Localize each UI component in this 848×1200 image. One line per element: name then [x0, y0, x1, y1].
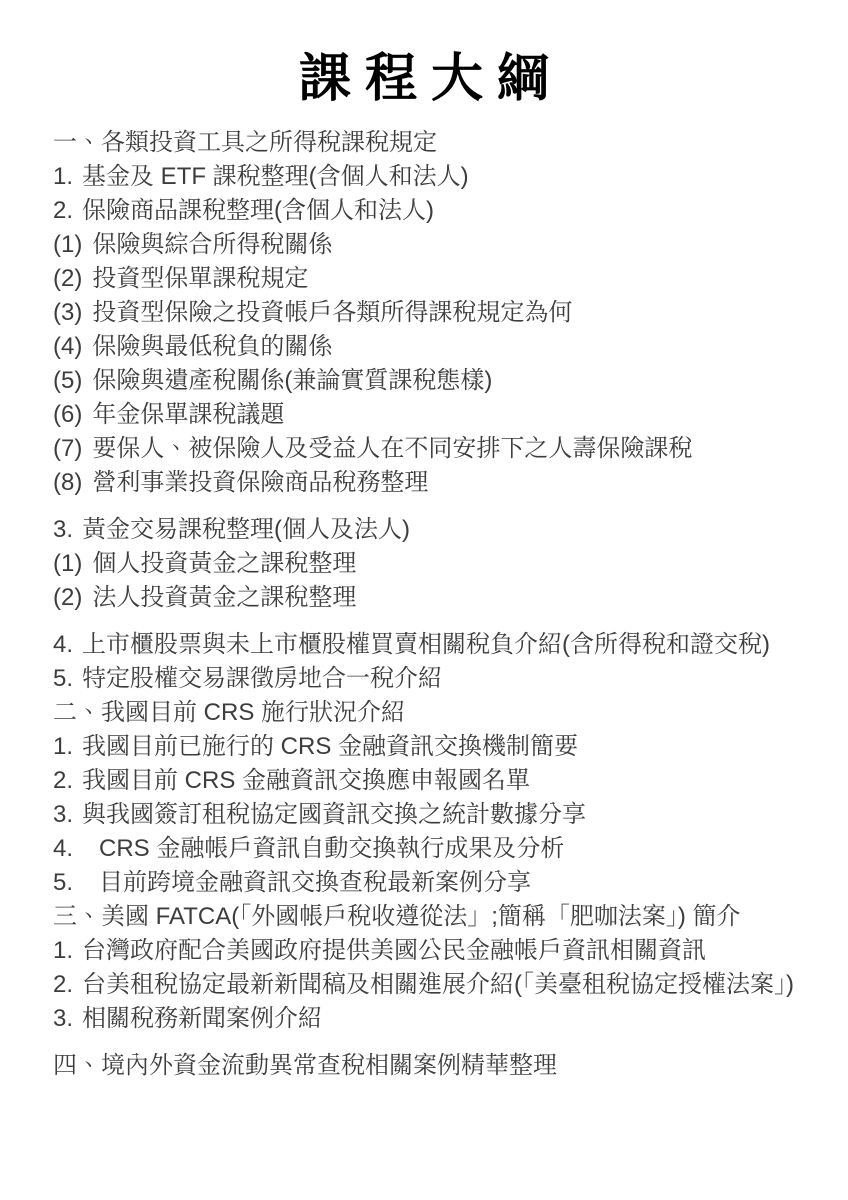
outline-item: 2.保險商品課稅整理(含個人和法人) [53, 194, 808, 228]
item-text: 我國目前 CRS 金融資訊交換應申報國名單 [82, 767, 530, 794]
document-page: 課程大綱 一、各類投資工具之所得稅課稅規定 1.基金及 ETF 課稅整理(含個人… [0, 0, 848, 1200]
document-title: 課程大綱 [0, 52, 848, 108]
item-marker: 4. [53, 628, 73, 662]
item-text: 台灣政府配合美國政府提供美國公民金融帳戶資訊相關資訊 [82, 937, 706, 964]
item-marker: (1) [53, 228, 82, 262]
item-marker: (7) [53, 432, 82, 466]
item-text: 法人投資黃金之課稅整理 [92, 584, 356, 611]
item-text: 特定股權交易課徵房地合一稅介紹 [82, 665, 442, 692]
item-marker: 一、 [53, 126, 101, 160]
section-heading-1: 一、各類投資工具之所得稅課稅規定 [53, 126, 808, 160]
outline-subitem: (5)保險與遺產稅關係(兼論實質課稅態樣) [53, 364, 808, 398]
item-text: 各類投資工具之所得稅課稅規定 [101, 129, 437, 156]
item-text: 相關稅務新聞案例介紹 [82, 1005, 322, 1032]
item-marker: 1. [53, 934, 73, 968]
section-heading-2: 二、我國目前 CRS 施行狀況介紹 [53, 696, 808, 730]
item-text: 上市櫃股票與未上市櫃股權買賣相關稅負介紹(含所得稅和證交稅) [82, 631, 770, 658]
outline-subitem: (8)營利事業投資保險商品稅務整理 [53, 466, 808, 500]
section-heading-4: 四、境內外資金流動異常查稅相關案例精華整理 [53, 1049, 808, 1083]
item-text: 黃金交易課稅整理(個人及法人) [82, 516, 410, 543]
item-marker: (8) [53, 466, 82, 500]
item-text: 個人投資黃金之課稅整理 [92, 550, 356, 577]
outline-item: 4.上市櫃股票與未上市櫃股權買賣相關稅負介紹(含所得稅和證交稅) [53, 628, 808, 662]
outline-subitem: (1)保險與綜合所得稅關係 [53, 228, 808, 262]
outline-item: 1.我國目前已施行的 CRS 金融資訊交換機制簡要 [53, 730, 808, 764]
item-marker: 1. [53, 730, 73, 764]
item-marker: 3. [53, 1002, 73, 1036]
outline-subitem: (3)投資型保險之投資帳戶各類所得課稅規定為何 [53, 296, 808, 330]
item-text: 基金及 ETF 課稅整理(含個人和法人) [82, 163, 469, 190]
item-marker: 3. [53, 798, 73, 832]
item-marker: 5. [53, 662, 73, 696]
item-marker: (4) [53, 330, 82, 364]
outline-item: 2.台美租稅協定最新新聞稿及相關進展介紹(「美臺租稅協定授權法案」) [53, 968, 808, 1002]
item-marker: (5) [53, 364, 82, 398]
item-marker: 3. [53, 513, 73, 547]
item-marker: 4. [53, 832, 73, 866]
item-marker: (3) [53, 296, 82, 330]
item-text: CRS 金融帳戶資訊自動交換執行成果及分析 [99, 835, 564, 862]
item-text: 年金保單課稅議題 [92, 401, 284, 428]
outline-item: 5.目前跨境金融資訊交換查稅最新案例分享 [53, 866, 808, 900]
outline-item: 5.特定股權交易課徵房地合一稅介紹 [53, 662, 808, 696]
item-text: 目前跨境金融資訊交換查稅最新案例分享 [99, 869, 531, 896]
item-marker: 1. [53, 160, 73, 194]
outline-item: 3.與我國簽訂租稅協定國資訊交換之統計數據分享 [53, 798, 808, 832]
item-text: 台美租稅協定最新新聞稿及相關進展介紹(「美臺租稅協定授權法案」) [82, 971, 794, 998]
item-marker: (2) [53, 262, 82, 296]
item-marker: 2. [53, 968, 73, 1002]
item-text: 與我國簽訂租稅協定國資訊交換之統計數據分享 [82, 801, 586, 828]
item-marker: 2. [53, 194, 73, 228]
item-text: 保險商品課稅整理(含個人和法人) [82, 197, 434, 224]
item-text: 我國目前 CRS 施行狀況介紹 [101, 699, 405, 726]
outline-subitem: (6)年金保單課稅議題 [53, 398, 808, 432]
outline-item: 1.基金及 ETF 課稅整理(含個人和法人) [53, 160, 808, 194]
outline-subitem: (1)個人投資黃金之課稅整理 [53, 547, 808, 581]
item-text: 保險與綜合所得稅關係 [92, 231, 332, 258]
item-marker: 三、 [53, 900, 101, 934]
outline-item: 3.黃金交易課稅整理(個人及法人) [53, 513, 808, 547]
outline-subitem: (2)法人投資黃金之課稅整理 [53, 581, 808, 615]
outline-item: 2.我國目前 CRS 金融資訊交換應申報國名單 [53, 764, 808, 798]
outline-subitem: (7)要保人、被保險人及受益人在不同安排下之人壽保險課稅 [53, 432, 808, 466]
item-marker: (2) [53, 581, 82, 615]
item-text: 要保人、被保險人及受益人在不同安排下之人壽保險課稅 [92, 435, 692, 462]
item-marker: 5. [53, 866, 73, 900]
item-text: 保險與最低稅負的關係 [92, 333, 332, 360]
item-marker: 2. [53, 764, 73, 798]
outline-subitem: (2)投資型保單課稅規定 [53, 262, 808, 296]
item-text: 我國目前已施行的 CRS 金融資訊交換機制簡要 [82, 733, 578, 760]
item-text: 投資型保單課稅規定 [92, 265, 308, 292]
item-marker: 二、 [53, 696, 101, 730]
outline-item: 1.台灣政府配合美國政府提供美國公民金融帳戶資訊相關資訊 [53, 934, 808, 968]
item-marker: 四、 [53, 1049, 101, 1083]
course-outline: 一、各類投資工具之所得稅課稅規定 1.基金及 ETF 課稅整理(含個人和法人) … [0, 126, 848, 1083]
item-text: 美國 FATCA(「外國帳戶稅收遵從法」;簡稱「肥咖法案」) 簡介 [101, 903, 741, 930]
outline-item: 4.CRS 金融帳戶資訊自動交換執行成果及分析 [53, 832, 808, 866]
outline-subitem: (4)保險與最低稅負的關係 [53, 330, 808, 364]
item-marker: (1) [53, 547, 82, 581]
item-text: 保險與遺產稅關係(兼論實質課稅態樣) [92, 367, 492, 394]
outline-item: 3.相關稅務新聞案例介紹 [53, 1002, 808, 1036]
item-marker: (6) [53, 398, 82, 432]
item-text: 投資型保險之投資帳戶各類所得課稅規定為何 [92, 299, 572, 326]
item-text: 營利事業投資保險商品稅務整理 [92, 469, 428, 496]
section-heading-3: 三、美國 FATCA(「外國帳戶稅收遵從法」;簡稱「肥咖法案」) 簡介 [53, 900, 808, 934]
item-text: 境內外資金流動異常查稅相關案例精華整理 [101, 1052, 557, 1079]
